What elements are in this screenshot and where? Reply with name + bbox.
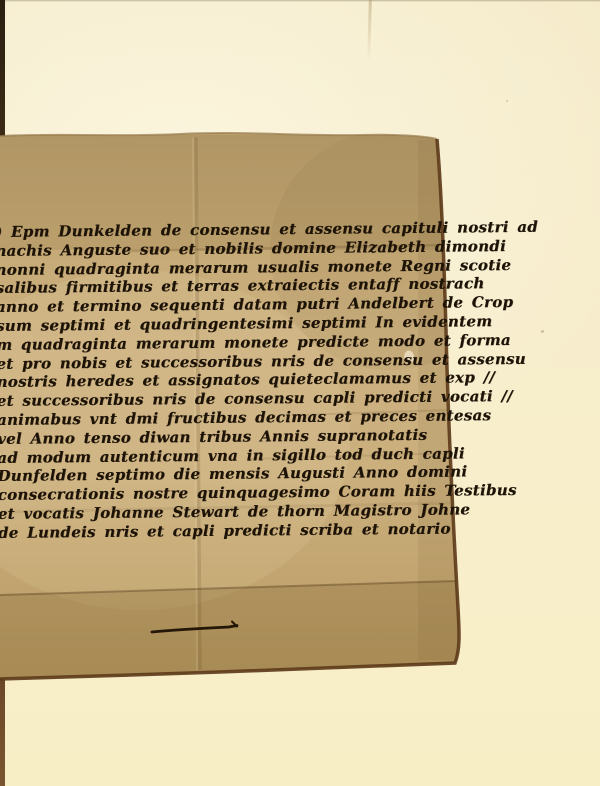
handwriting-block: ) Epm Dunkelden de consensu et assensu c…	[0, 218, 470, 542]
album-photo: ) Epm Dunkelden de consensu et assensu c…	[0, 0, 600, 786]
